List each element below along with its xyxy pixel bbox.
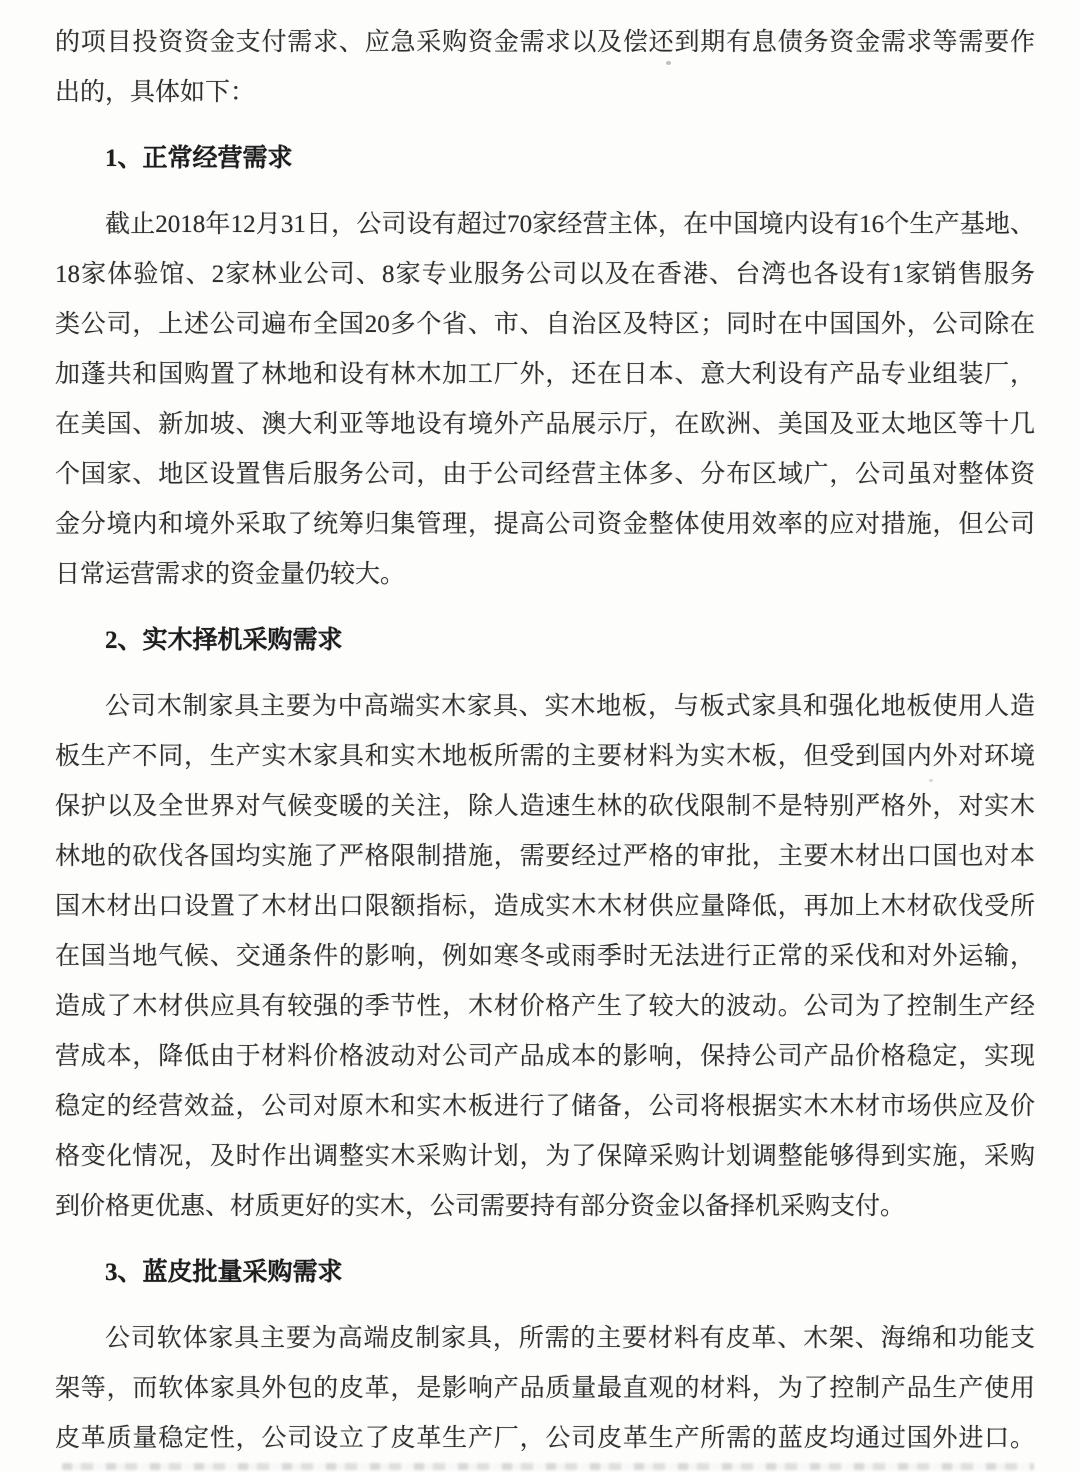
paragraph-line: 截止2018年12月31日，公司设有超过70家经营主体，在中国境内设有16个生产… — [55, 200, 1035, 250]
paragraph-line: 加蓬共和国购置了林地和设有林木加工厂外，还在日本、意大利设有产品专业组装厂， — [55, 350, 1035, 400]
paragraph: 的项目投资资金支付需求、应急采购资金需求以及偿还到期有息债务资金需求等需要作出的… — [55, 18, 1035, 118]
paragraph-line: 金分境内和境外采取了统筹归集管理，提高公司资金整体使用效率的应对措施，但公司 — [55, 500, 1035, 550]
paragraph-line: 在国当地气候、交通条件的影响，例如寒冬或雨季时无法进行正常的采伐和对外运输， — [55, 932, 1035, 982]
paragraph-line: 林地的砍伐各国均实施了严格限制措施，需要经过严格的审批，主要木材出口国也对本 — [55, 832, 1035, 882]
paragraph-line: 皮革质量稳定性，公司设立了皮革生产厂，公司皮革生产所需的蓝皮均通过国外进口。 — [55, 1414, 1035, 1464]
scan-speck — [929, 779, 933, 782]
paragraph-line: 日常运营需求的资金量仍较大。 — [55, 550, 1035, 600]
paragraph-line: 18家体验馆、2家林业公司、8家专业服务公司以及在香港、台湾也各设有1家销售服务 — [55, 250, 1035, 300]
section-heading: 2、实木择机采购需求 — [55, 616, 1035, 666]
paragraph: 公司软体家具主要为高端皮制家具，所需的主要材料有皮革、木架、海绵和功能支架等，而… — [55, 1314, 1035, 1464]
paragraph-line: 营成本，降低由于材料价格波动对公司产品成本的影响，保持公司产品价格稳定，实现 — [55, 1032, 1035, 1082]
paragraph-line: 板生产不同，生产实木家具和实木地板所需的主要材料为实木板，但受到国内外对环境 — [55, 732, 1035, 782]
paragraph-line: 国木材出口设置了木材出口限额指标，造成实木木材供应量降低，再加上木材砍伐受所 — [55, 882, 1035, 932]
paragraph: 公司木制家具主要为中高端实木家具、实木地板，与板式家具和强化地板使用人造板生产不… — [55, 682, 1035, 1232]
paragraph-line: 格变化情况，及时作出调整实木采购计划，为了保障采购计划调整能够得到实施，采购 — [55, 1132, 1035, 1182]
section-heading: 3、蓝皮批量采购需求 — [55, 1248, 1035, 1298]
section-heading: 1、正常经营需求 — [55, 134, 1035, 184]
paragraph-line: 稳定的经营效益，公司对原木和实木板进行了储备，公司将根据实木木材市场供应及价 — [55, 1082, 1035, 1132]
paragraph-line: 造成了木材供应具有较强的季节性，木材价格产生了较大的波动。公司为了控制生产经 — [55, 982, 1035, 1032]
scanned-document-page: 的项目投资资金支付需求、应急采购资金需求以及偿还到期有息债务资金需求等需要作出的… — [0, 0, 1080, 1472]
paragraph-line: 公司木制家具主要为中高端实木家具、实木地板，与板式家具和强化地板使用人造 — [55, 682, 1035, 732]
paragraph-line: 出的，具体如下： — [55, 68, 1035, 118]
paragraph-line: 的项目投资资金支付需求、应急采购资金需求以及偿还到期有息债务资金需求等需要作 — [55, 18, 1035, 68]
paragraph-line: 类公司，上述公司遍布全国20多个省、市、自治区及特区；同时在中国国外，公司除在 — [55, 300, 1035, 350]
paragraph-line: 公司软体家具主要为高端皮制家具，所需的主要材料有皮革、木架、海绵和功能支 — [55, 1314, 1035, 1364]
paragraph: 截止2018年12月31日，公司设有超过70家经营主体，在中国境内设有16个生产… — [55, 200, 1035, 600]
paragraph-line: 架等，而软体家具外包的皮革，是影响产品质量最直观的材料，为了控制产品生产使用 — [55, 1364, 1035, 1414]
text-column: 的项目投资资金支付需求、应急采购资金需求以及偿还到期有息债务资金需求等需要作出的… — [55, 18, 1035, 1464]
scan-speck — [666, 61, 671, 65]
paragraph-line: 保护以及全世界对气候变暖的关注，除人造速生林的砍伐限制不是特别严格外，对实木 — [55, 782, 1035, 832]
paragraph-line: 到价格更优惠、材质更好的实木，公司需要持有部分资金以备择机采购支付。 — [55, 1182, 1035, 1232]
scan-cutoff-line-smear — [62, 1463, 1034, 1470]
paragraph-line: 个国家、地区设置售后服务公司，由于公司经营主体多、分布区域广，公司虽对整体资 — [55, 450, 1035, 500]
paragraph-line: 在美国、新加坡、澳大利亚等地设有境外产品展示厅，在欧洲、美国及亚太地区等十几 — [55, 400, 1035, 450]
